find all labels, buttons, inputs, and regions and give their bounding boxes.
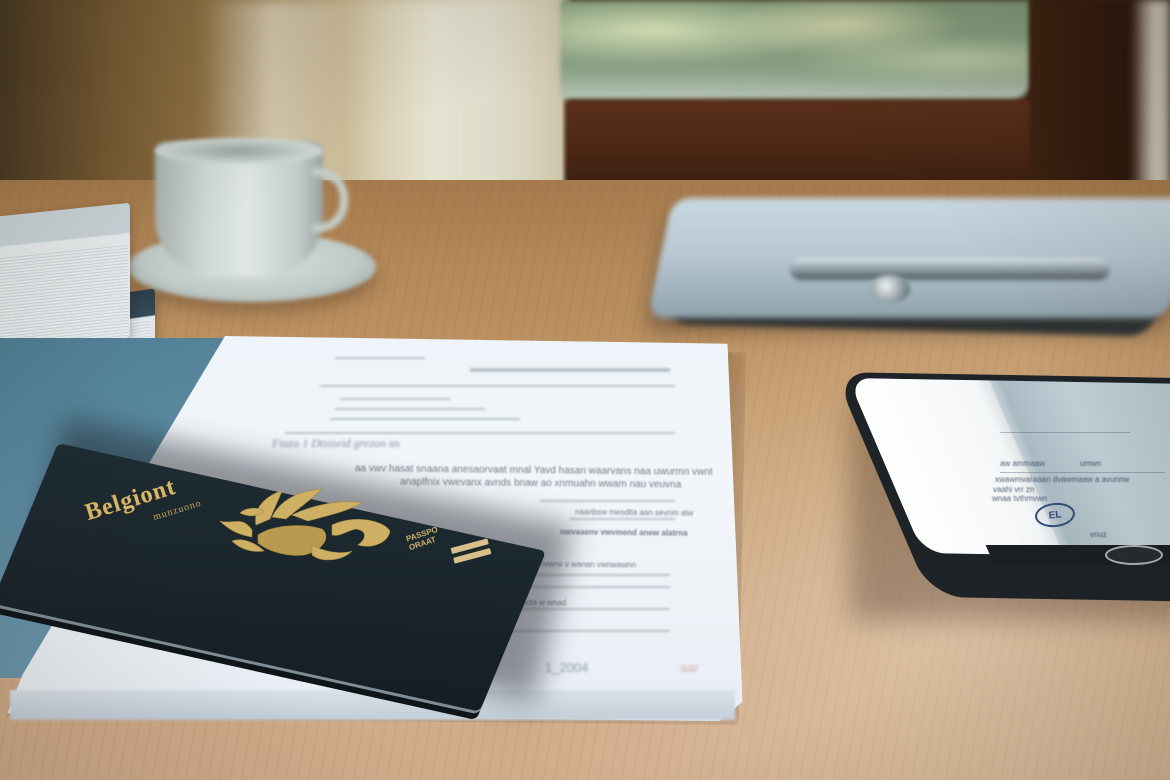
doc-rule <box>470 368 670 372</box>
phone-home-button[interactable] <box>1105 545 1163 565</box>
pen-clip <box>870 275 910 303</box>
photo-scene: caso x2 Fiaza 1 Dtsizeid grezon sn aa vw… <box>0 0 1170 780</box>
pen <box>790 258 1110 280</box>
doc-rule <box>335 357 425 359</box>
document-line: naanbsw mesdlta aan sevnm atw <box>575 507 693 517</box>
phone-screen-rule <box>1000 472 1165 473</box>
document-footer: 1_2004 <box>545 660 588 675</box>
phone-button-label[interactable]: vnuz <box>1090 530 1107 539</box>
window-frame-side <box>1030 0 1140 190</box>
document-line: nwvaaenv vwvmend anew alatrna <box>560 527 688 537</box>
doc-rule <box>540 500 675 502</box>
doc-rule <box>340 398 450 400</box>
document-heading: Fiaza 1 Dtsizeid grezon sn <box>272 436 400 451</box>
phone-screen-line: xwawmvaraaan dvawmaaw a avunnw <box>995 475 1129 484</box>
phone-header-text: aw ammaaw <box>1000 459 1045 468</box>
phone-screen-rule <box>1000 432 1130 433</box>
doc-rule <box>570 518 675 520</box>
document-footer-mark: aar <box>680 660 699 675</box>
curtain-right <box>1130 0 1170 210</box>
phone-header-right: umwn <box>1080 459 1101 468</box>
coat-of-arms-icon <box>212 485 402 565</box>
doc-rule <box>320 385 675 387</box>
cup-rim <box>155 138 323 164</box>
doc-rule <box>330 418 520 420</box>
phone-screen-line: vaahi vrr zn <box>993 485 1034 494</box>
phone-screen-line: wnaa tvthmvwn <box>992 494 1047 503</box>
book-upper-pages <box>0 243 128 353</box>
window <box>560 0 1030 100</box>
doc-rule <box>335 408 485 410</box>
doc-rule <box>285 432 675 434</box>
